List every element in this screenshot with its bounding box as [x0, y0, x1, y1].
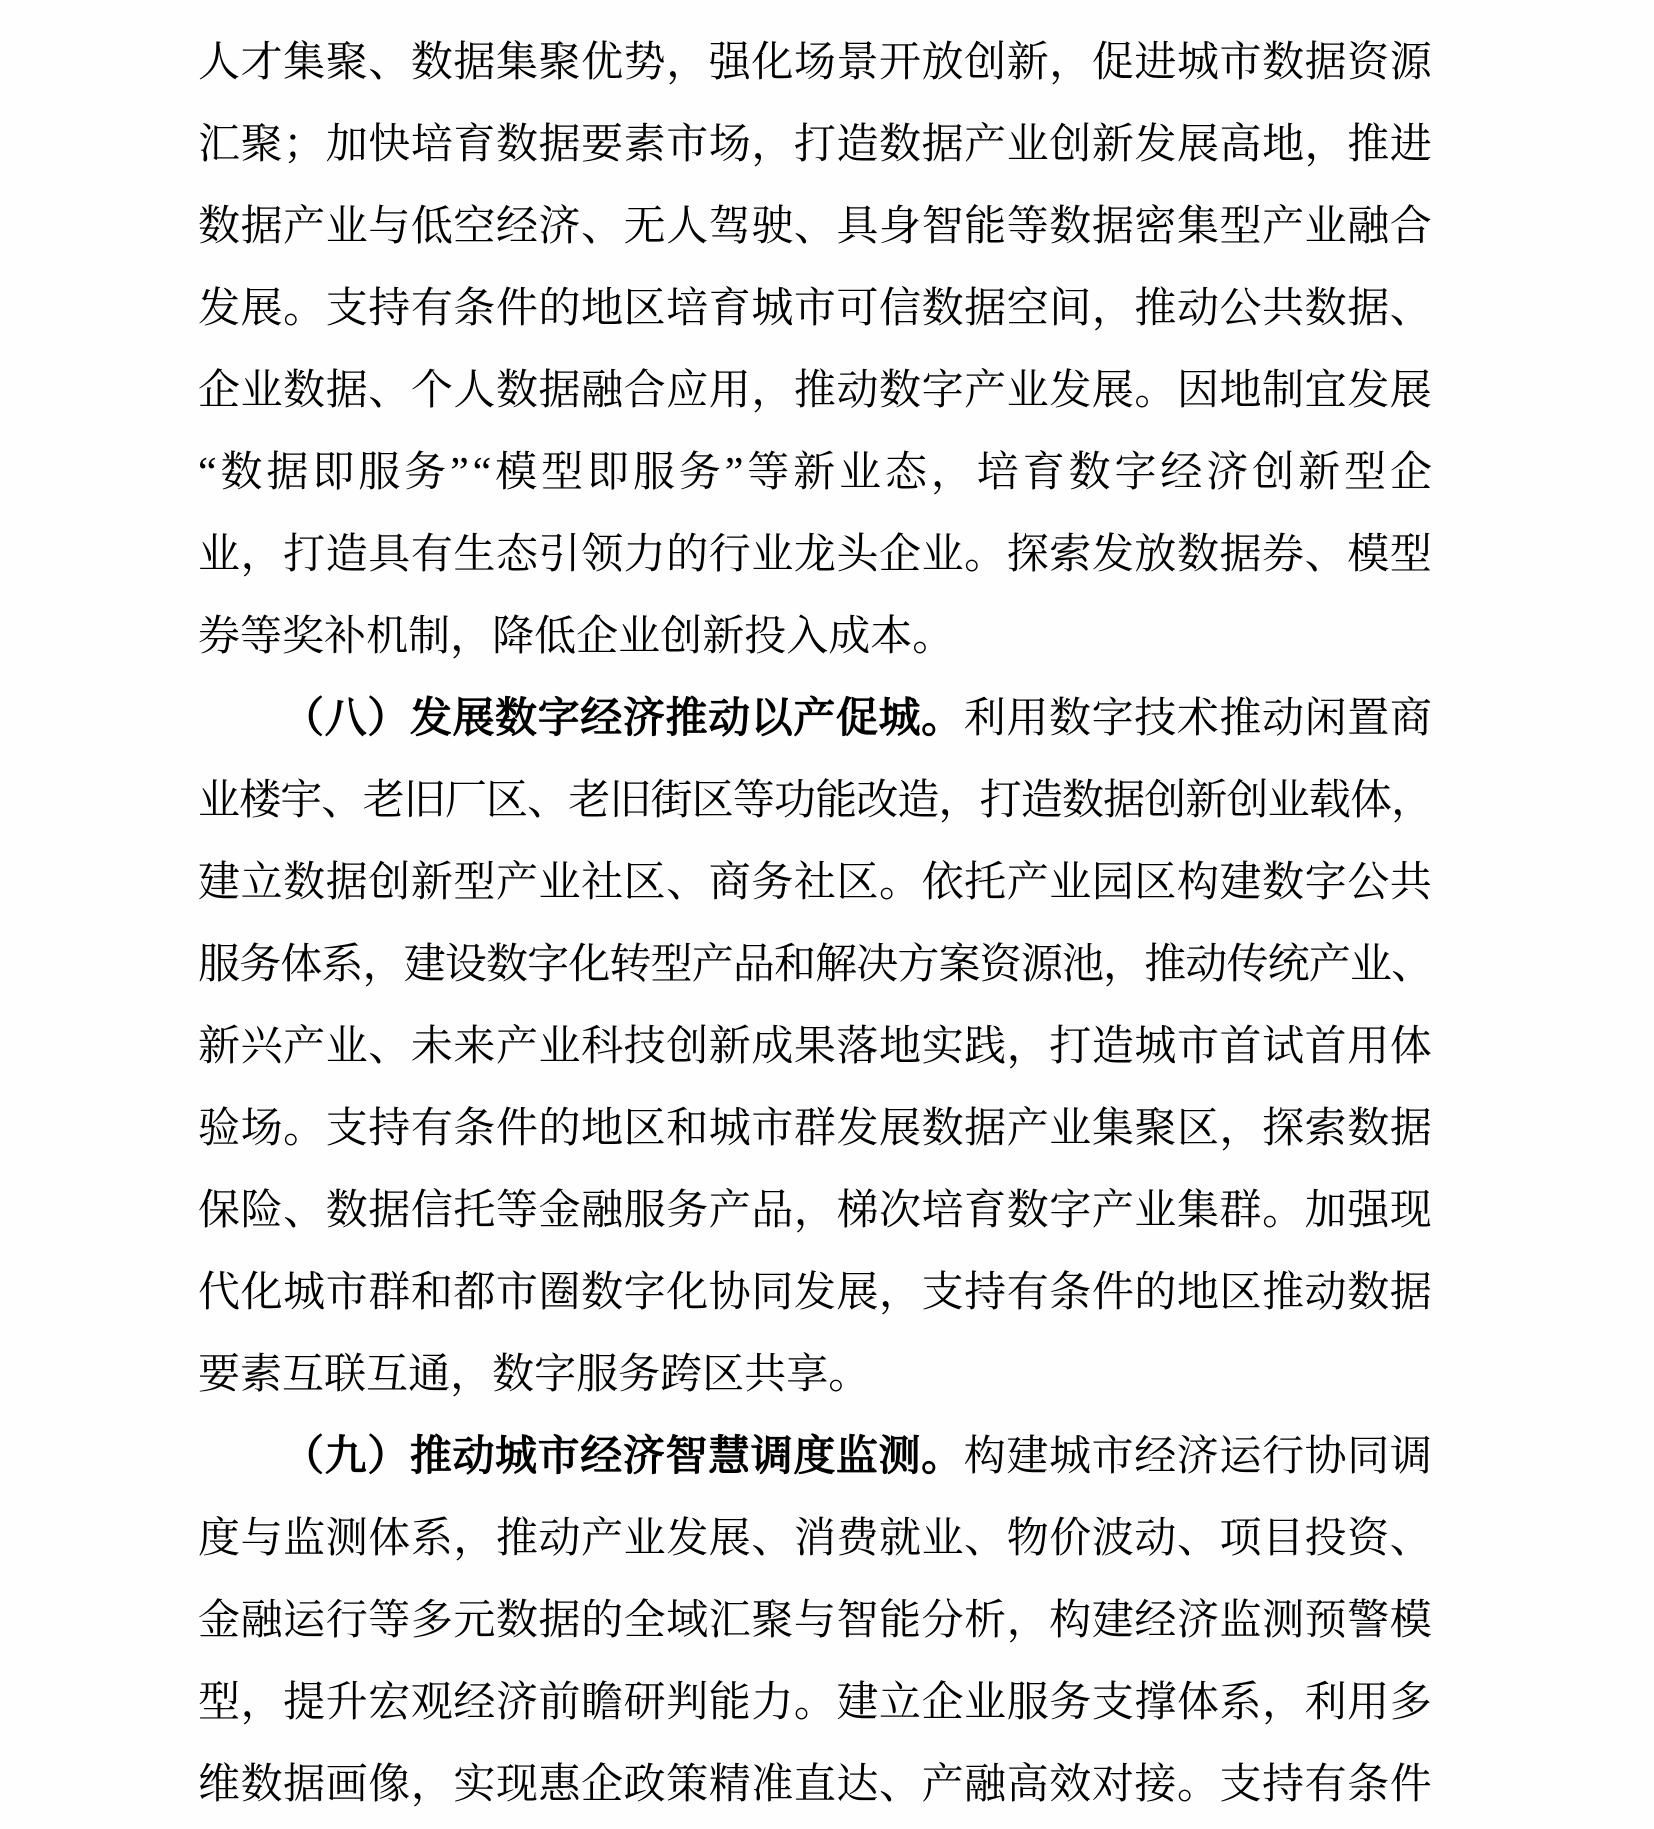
body-char: 型	[541, 452, 583, 494]
body-char: 用	[1347, 1026, 1389, 1068]
body-char: 建	[404, 944, 445, 986]
body-char: 同	[751, 1272, 793, 1314]
body-char: 同	[1347, 1436, 1389, 1478]
body-char: 。	[1177, 1764, 1219, 1806]
body-char: 高	[1007, 1764, 1049, 1806]
body-char: 有	[411, 534, 453, 576]
document-body: 人才集聚、数据集聚优势，强化场景开放创新，促进城市数据资源汇聚；加快培育数据要素…	[198, 22, 1432, 1826]
body-char: 引	[539, 534, 581, 576]
body-char: 展	[241, 288, 283, 330]
body-char: 前	[539, 1682, 581, 1724]
body-char: 索	[1305, 1108, 1347, 1150]
body-char: ，	[1262, 1682, 1304, 1724]
body-char: 、	[283, 1190, 325, 1232]
body-char: 产	[581, 1518, 623, 1560]
body-char: 协	[709, 1272, 751, 1314]
body-char: 字	[534, 1354, 576, 1396]
body-char: 项	[1220, 1518, 1262, 1560]
body-char: 撑	[1134, 1682, 1176, 1724]
body-char: 育	[709, 288, 751, 330]
body-char: 聚	[1134, 1108, 1176, 1150]
body-char: 、	[794, 206, 836, 248]
body-char: 楼	[239, 780, 280, 822]
body-char: 据	[1220, 534, 1262, 576]
body-char: ，	[794, 1190, 836, 1232]
body-char: ，	[241, 1682, 283, 1724]
body-char: 区	[1177, 1108, 1219, 1150]
body-char: 资	[980, 944, 1021, 986]
body-char: 字	[527, 944, 568, 986]
body-char: 体	[1390, 1026, 1432, 1068]
body-char: 保	[198, 1190, 240, 1232]
body-char: 宏	[368, 1682, 410, 1724]
body-char: 险	[241, 1190, 283, 1232]
body-char: 行	[709, 534, 751, 576]
body-char: 共	[744, 1354, 786, 1396]
heading-char: 度	[793, 1436, 835, 1478]
body-char: 培	[922, 1190, 964, 1232]
body-char: 与	[241, 1518, 283, 1560]
body-char: 集	[283, 42, 325, 84]
heading-char: 九	[325, 1436, 367, 1478]
body-char: 探	[1007, 534, 1049, 576]
body-char: 析	[964, 1600, 1006, 1642]
body-char: 展	[709, 1518, 751, 1560]
body-char: 、	[1390, 288, 1432, 330]
text-line: 汇聚；加快培育数据要素市场，打造数据产业创新发展高地，推进	[198, 104, 1432, 186]
heading-char: 。	[921, 698, 963, 740]
body-char: 即	[312, 452, 354, 494]
body-char: 服	[358, 452, 400, 494]
body-char: 都	[453, 1272, 495, 1314]
body-char: 老	[568, 780, 609, 822]
body-char: 实	[453, 1764, 495, 1806]
body-char: 就	[879, 1518, 921, 1560]
text-line: 维数据画像，实现惠企政策精准直达、产融高效对接。支持有条件	[198, 1744, 1432, 1826]
body-char: 业	[751, 534, 793, 576]
body-char: 构	[1049, 1600, 1091, 1642]
body-char: 育	[1023, 452, 1065, 494]
text-line: 业，打造具有生态引领力的行业龙头企业。探索发放数据券、模型	[198, 514, 1432, 596]
body-char: 据	[266, 452, 308, 494]
body-char: 新	[702, 616, 744, 658]
body-char: 数	[198, 206, 240, 248]
body-char: 模	[495, 452, 537, 494]
body-char: 首	[1220, 1026, 1262, 1068]
body-char: 放	[1134, 534, 1176, 576]
body-char: 、	[368, 42, 410, 84]
body-char: 用	[1347, 1682, 1389, 1724]
body-char: ，	[939, 780, 980, 822]
body-char: 实	[922, 1026, 964, 1068]
body-char: 产	[496, 1026, 538, 1068]
body-char: 集	[1177, 206, 1219, 248]
body-char: 。	[828, 1354, 870, 1396]
body-char: 动	[1134, 1518, 1176, 1560]
body-char: 、	[964, 1518, 1006, 1560]
body-char: 人	[666, 206, 708, 248]
body-char: 创	[660, 616, 702, 658]
body-char: 人	[453, 370, 495, 412]
body-char: 试	[1262, 1026, 1304, 1068]
body-char: 旧	[404, 780, 445, 822]
body-char: 据	[283, 1764, 325, 1806]
body-char: 业	[539, 862, 581, 904]
body-char: 区	[486, 780, 527, 822]
body-char: 据	[453, 42, 495, 84]
body-char: 化	[666, 1272, 708, 1314]
body-char: 准	[751, 1764, 793, 1806]
body-char: 数	[492, 1354, 534, 1396]
body-char: 态	[885, 452, 927, 494]
body-char: 利	[1305, 1682, 1347, 1724]
body-char: 系	[1220, 1682, 1262, 1724]
body-char: 间	[1049, 288, 1091, 330]
body-char: 务	[751, 862, 793, 904]
body-char: 数	[1347, 1108, 1389, 1150]
body-char: 推	[1262, 1272, 1304, 1314]
body-char: 品	[733, 944, 774, 986]
body-char: 发	[1134, 124, 1176, 166]
body-char: 降	[492, 616, 534, 658]
body-char: 测	[326, 1518, 368, 1560]
body-char: 打	[794, 124, 836, 166]
body-char: 建	[836, 1682, 878, 1724]
body-char: 和	[666, 1108, 708, 1150]
body-char: ，	[1092, 288, 1134, 330]
heading-char: （	[282, 698, 324, 740]
heading-char: ）	[367, 1436, 409, 1478]
body-char: 无	[624, 206, 666, 248]
heading-char: 推	[665, 698, 707, 740]
heading-char: 八	[325, 698, 367, 740]
text-line: 企业数据、个人数据融合应用，推动数字产业发展。因地制宜发展	[198, 350, 1432, 432]
body-char: 社	[581, 862, 623, 904]
body-char: 低	[411, 206, 453, 248]
body-char: 画	[326, 1764, 368, 1806]
body-char: 型	[453, 862, 495, 904]
body-char: 驾	[709, 206, 751, 248]
body-char: 数	[1049, 206, 1091, 248]
body-char: 动	[836, 370, 878, 412]
body-char: 地	[581, 1108, 623, 1150]
body-char: 运	[1219, 1436, 1261, 1478]
body-char: 术	[1177, 698, 1219, 740]
body-char: 、	[527, 780, 568, 822]
body-char: 数	[1062, 780, 1103, 822]
body-char: 升	[326, 1682, 368, 1724]
heading-char: 以	[751, 698, 793, 740]
body-char: 决	[856, 944, 897, 986]
body-char: 策	[666, 1764, 708, 1806]
body-char: “	[473, 452, 492, 494]
body-char: 调	[1390, 1436, 1432, 1478]
body-char: 市	[496, 1272, 538, 1314]
body-char: 智	[836, 1600, 878, 1642]
body-char: 探	[1262, 1108, 1304, 1150]
body-char: 市	[1220, 42, 1262, 84]
body-char: 预	[1305, 1600, 1347, 1642]
body-char: 新	[1092, 124, 1134, 166]
body-char: ，	[666, 42, 708, 84]
body-char: 具	[836, 206, 878, 248]
body-char: 培	[977, 452, 1019, 494]
body-char: 瞻	[581, 1682, 623, 1724]
body-char: 造	[897, 780, 938, 822]
body-char: 业	[241, 370, 283, 412]
body-char: 多	[1390, 1682, 1432, 1724]
body-char: 市	[326, 1272, 368, 1314]
body-char: 济	[496, 1682, 538, 1724]
body-char: 投	[744, 616, 786, 658]
body-char: 用	[709, 370, 751, 412]
body-char: 、	[1390, 1518, 1432, 1560]
body-char: 推	[1219, 698, 1261, 740]
body-char: 、	[1305, 534, 1347, 576]
body-char: 与	[368, 206, 410, 248]
body-char: 社	[794, 862, 836, 904]
body-char: 条	[1347, 1764, 1389, 1806]
body-char: 建	[1220, 862, 1262, 904]
body-char: 。	[879, 862, 921, 904]
body-char: 高	[1220, 124, 1262, 166]
body-char: 未	[411, 1026, 453, 1068]
body-char: 数	[283, 862, 325, 904]
body-char: 造	[836, 124, 878, 166]
body-char: 即	[587, 452, 629, 494]
body-char: 数	[496, 1600, 538, 1642]
body-char: 厂	[445, 780, 486, 822]
body-char: 业	[198, 780, 239, 822]
body-char: 集	[496, 42, 538, 84]
body-char: 共	[1262, 288, 1304, 330]
body-char: 地	[879, 1026, 921, 1068]
body-char: 、	[581, 206, 623, 248]
body-char: 字	[1049, 1190, 1091, 1232]
text-line: 保险、数据信托等金融服务产品，梯次培育数字产业集群。加强现	[198, 1170, 1432, 1252]
body-char: 型	[1390, 534, 1432, 576]
body-char: 场	[794, 42, 836, 84]
body-char: 对	[1092, 1764, 1134, 1806]
body-char: 产	[964, 370, 1006, 412]
body-char: 代	[198, 1272, 240, 1314]
body-char: 园	[1092, 862, 1134, 904]
body-char: 加	[326, 124, 368, 166]
body-char: 务	[666, 1190, 708, 1232]
body-char: 享	[786, 1354, 828, 1396]
body-char: 直	[794, 1764, 836, 1806]
body-char: 、	[879, 1764, 921, 1806]
body-char: 公	[1347, 862, 1389, 904]
body-char: 技	[624, 1026, 666, 1068]
body-char: 展	[1177, 124, 1219, 166]
body-char: 具	[368, 534, 410, 576]
body-char: ，	[363, 944, 404, 986]
body-char: 造	[1021, 780, 1062, 822]
body-char: 要	[581, 124, 623, 166]
body-char: 服	[1007, 1682, 1049, 1724]
body-char: 技	[1134, 698, 1176, 740]
heading-char: 济	[623, 1436, 665, 1478]
body-char: 源	[1021, 944, 1062, 986]
body-char: 现	[1390, 1190, 1432, 1232]
body-char: 业	[1134, 1190, 1176, 1232]
body-char: 索	[1049, 534, 1091, 576]
body-char: 放	[922, 42, 964, 84]
body-char: 本	[870, 616, 912, 658]
body-char: 字	[624, 1272, 666, 1314]
heading-char: 城	[495, 1436, 537, 1478]
body-char: 制	[408, 616, 450, 658]
body-char: 优	[581, 42, 623, 84]
body-char: ，	[1049, 42, 1091, 84]
body-char: 可	[836, 288, 878, 330]
body-char: 机	[366, 616, 408, 658]
body-char: 化	[241, 1272, 283, 1314]
body-char: 、	[368, 370, 410, 412]
body-char: 据	[964, 1108, 1006, 1150]
body-char: 展	[836, 1272, 878, 1314]
body-char: 联	[324, 1354, 366, 1396]
body-char: 传	[1227, 944, 1268, 986]
text-line: 服务体系，建设数字化转型产品和解决方案资源池，推动传统产业、	[198, 924, 1432, 1006]
body-char: 惠	[539, 1764, 581, 1806]
body-char: 城	[751, 288, 793, 330]
document-page: 人才集聚、数据集聚优势，强化场景开放创新，促进城市数据资源汇聚；加快培育数据要素…	[0, 0, 1654, 1829]
body-char: 服	[576, 1354, 618, 1396]
body-char: 推	[1134, 288, 1176, 330]
body-char: 素	[624, 124, 666, 166]
body-char: 数	[486, 944, 527, 986]
body-char: 判	[666, 1682, 708, 1724]
body-char: 数	[411, 42, 453, 84]
body-char: 模	[1390, 1600, 1432, 1642]
body-char: 的	[581, 1600, 623, 1642]
body-char: 等	[1007, 206, 1049, 248]
body-char: 济	[1177, 1600, 1219, 1642]
body-char: 有	[411, 288, 453, 330]
body-char: 创	[368, 862, 410, 904]
body-char: 能	[709, 1682, 751, 1724]
body-char: 方	[897, 944, 938, 986]
body-char: 市	[1092, 1436, 1134, 1478]
body-char: 旧	[609, 780, 650, 822]
body-char: 区	[702, 1354, 744, 1396]
body-char: ”	[450, 452, 469, 494]
body-char: 支	[1092, 1682, 1134, 1724]
body-char: 聚	[241, 124, 283, 166]
body-char: 进	[1390, 124, 1432, 166]
heading-char: 市	[538, 1436, 580, 1478]
body-char: 次	[879, 1190, 921, 1232]
body-char: 打	[1049, 1026, 1091, 1068]
body-char: 空	[1007, 288, 1049, 330]
body-char: 运	[283, 1600, 325, 1642]
body-char: 数	[879, 370, 921, 412]
body-char: 据	[326, 370, 368, 412]
body-char: 区	[836, 862, 878, 904]
body-char: 地	[1220, 370, 1262, 412]
body-char: 产	[283, 206, 325, 248]
body-char: 展	[1092, 370, 1134, 412]
body-char: 业	[964, 1682, 1006, 1724]
body-char: 场	[709, 124, 751, 166]
body-char: 场	[241, 1108, 283, 1150]
body-char: 城	[1177, 42, 1219, 84]
body-char: 据	[964, 288, 1006, 330]
body-char: 地	[1262, 124, 1304, 166]
body-char: 产	[964, 124, 1006, 166]
body-char: 数	[1262, 42, 1304, 84]
body-char: 创	[1144, 780, 1185, 822]
body-char: 模	[1347, 534, 1389, 576]
body-char: 数	[922, 288, 964, 330]
body-char: 、	[368, 1026, 410, 1068]
heading-char: 监	[836, 1436, 878, 1478]
body-char: 新	[793, 452, 835, 494]
body-char: 推	[1144, 944, 1185, 986]
body-char: ，	[751, 370, 793, 412]
body-char: 条	[453, 1108, 495, 1150]
body-char: 济	[1177, 1436, 1219, 1478]
body-char: 数	[326, 1190, 368, 1232]
heading-char: 推	[410, 1436, 452, 1478]
heading-char: ）	[367, 698, 409, 740]
body-char: 素	[240, 1354, 282, 1396]
body-char: 数	[581, 1272, 623, 1314]
body-char: 持	[368, 1108, 410, 1150]
body-char: 产	[283, 1026, 325, 1068]
body-char: 新	[198, 1026, 240, 1068]
body-char: 数	[1049, 698, 1091, 740]
body-char: 务	[679, 452, 721, 494]
body-char: 支	[326, 288, 368, 330]
body-char: 验	[198, 1108, 240, 1150]
body-char: 梯	[836, 1190, 878, 1232]
body-char: 据	[539, 124, 581, 166]
body-char: 等	[733, 780, 774, 822]
body-char: 成	[828, 616, 870, 658]
body-char: 据	[1390, 1108, 1432, 1150]
body-char: 解	[815, 944, 856, 986]
body-char: 数	[283, 370, 325, 412]
body-char: 数	[221, 452, 263, 494]
body-char: 展	[1390, 370, 1432, 412]
body-char: 观	[411, 1682, 453, 1724]
body-char: 与	[794, 1600, 836, 1642]
body-char: 力	[751, 1682, 793, 1724]
text-line: （八）发展数字经济推动以产促城。利用数字技术推动闲置商	[198, 678, 1432, 760]
body-char: 融	[964, 1764, 1006, 1806]
body-char: 济	[539, 206, 581, 248]
body-char: 。	[1262, 1190, 1304, 1232]
body-char: 业	[1350, 944, 1391, 986]
body-char: 化	[751, 42, 793, 84]
body-char: 金	[539, 1190, 581, 1232]
body-char: ，	[751, 124, 793, 166]
text-line: 数据产业与低空经济、无人驾驶、具身智能等数据密集型产业融合	[198, 186, 1432, 268]
body-char: 区	[624, 862, 666, 904]
body-char: 业	[326, 206, 368, 248]
body-char: ，	[1220, 1108, 1262, 1150]
body-char: 展	[879, 1108, 921, 1150]
body-char: 地	[581, 288, 623, 330]
heading-char: 测	[879, 1436, 921, 1478]
body-char: 数	[1177, 534, 1219, 576]
body-char: 支	[326, 1108, 368, 1150]
body-char: 字	[1092, 698, 1134, 740]
body-char: 行	[326, 1600, 368, 1642]
